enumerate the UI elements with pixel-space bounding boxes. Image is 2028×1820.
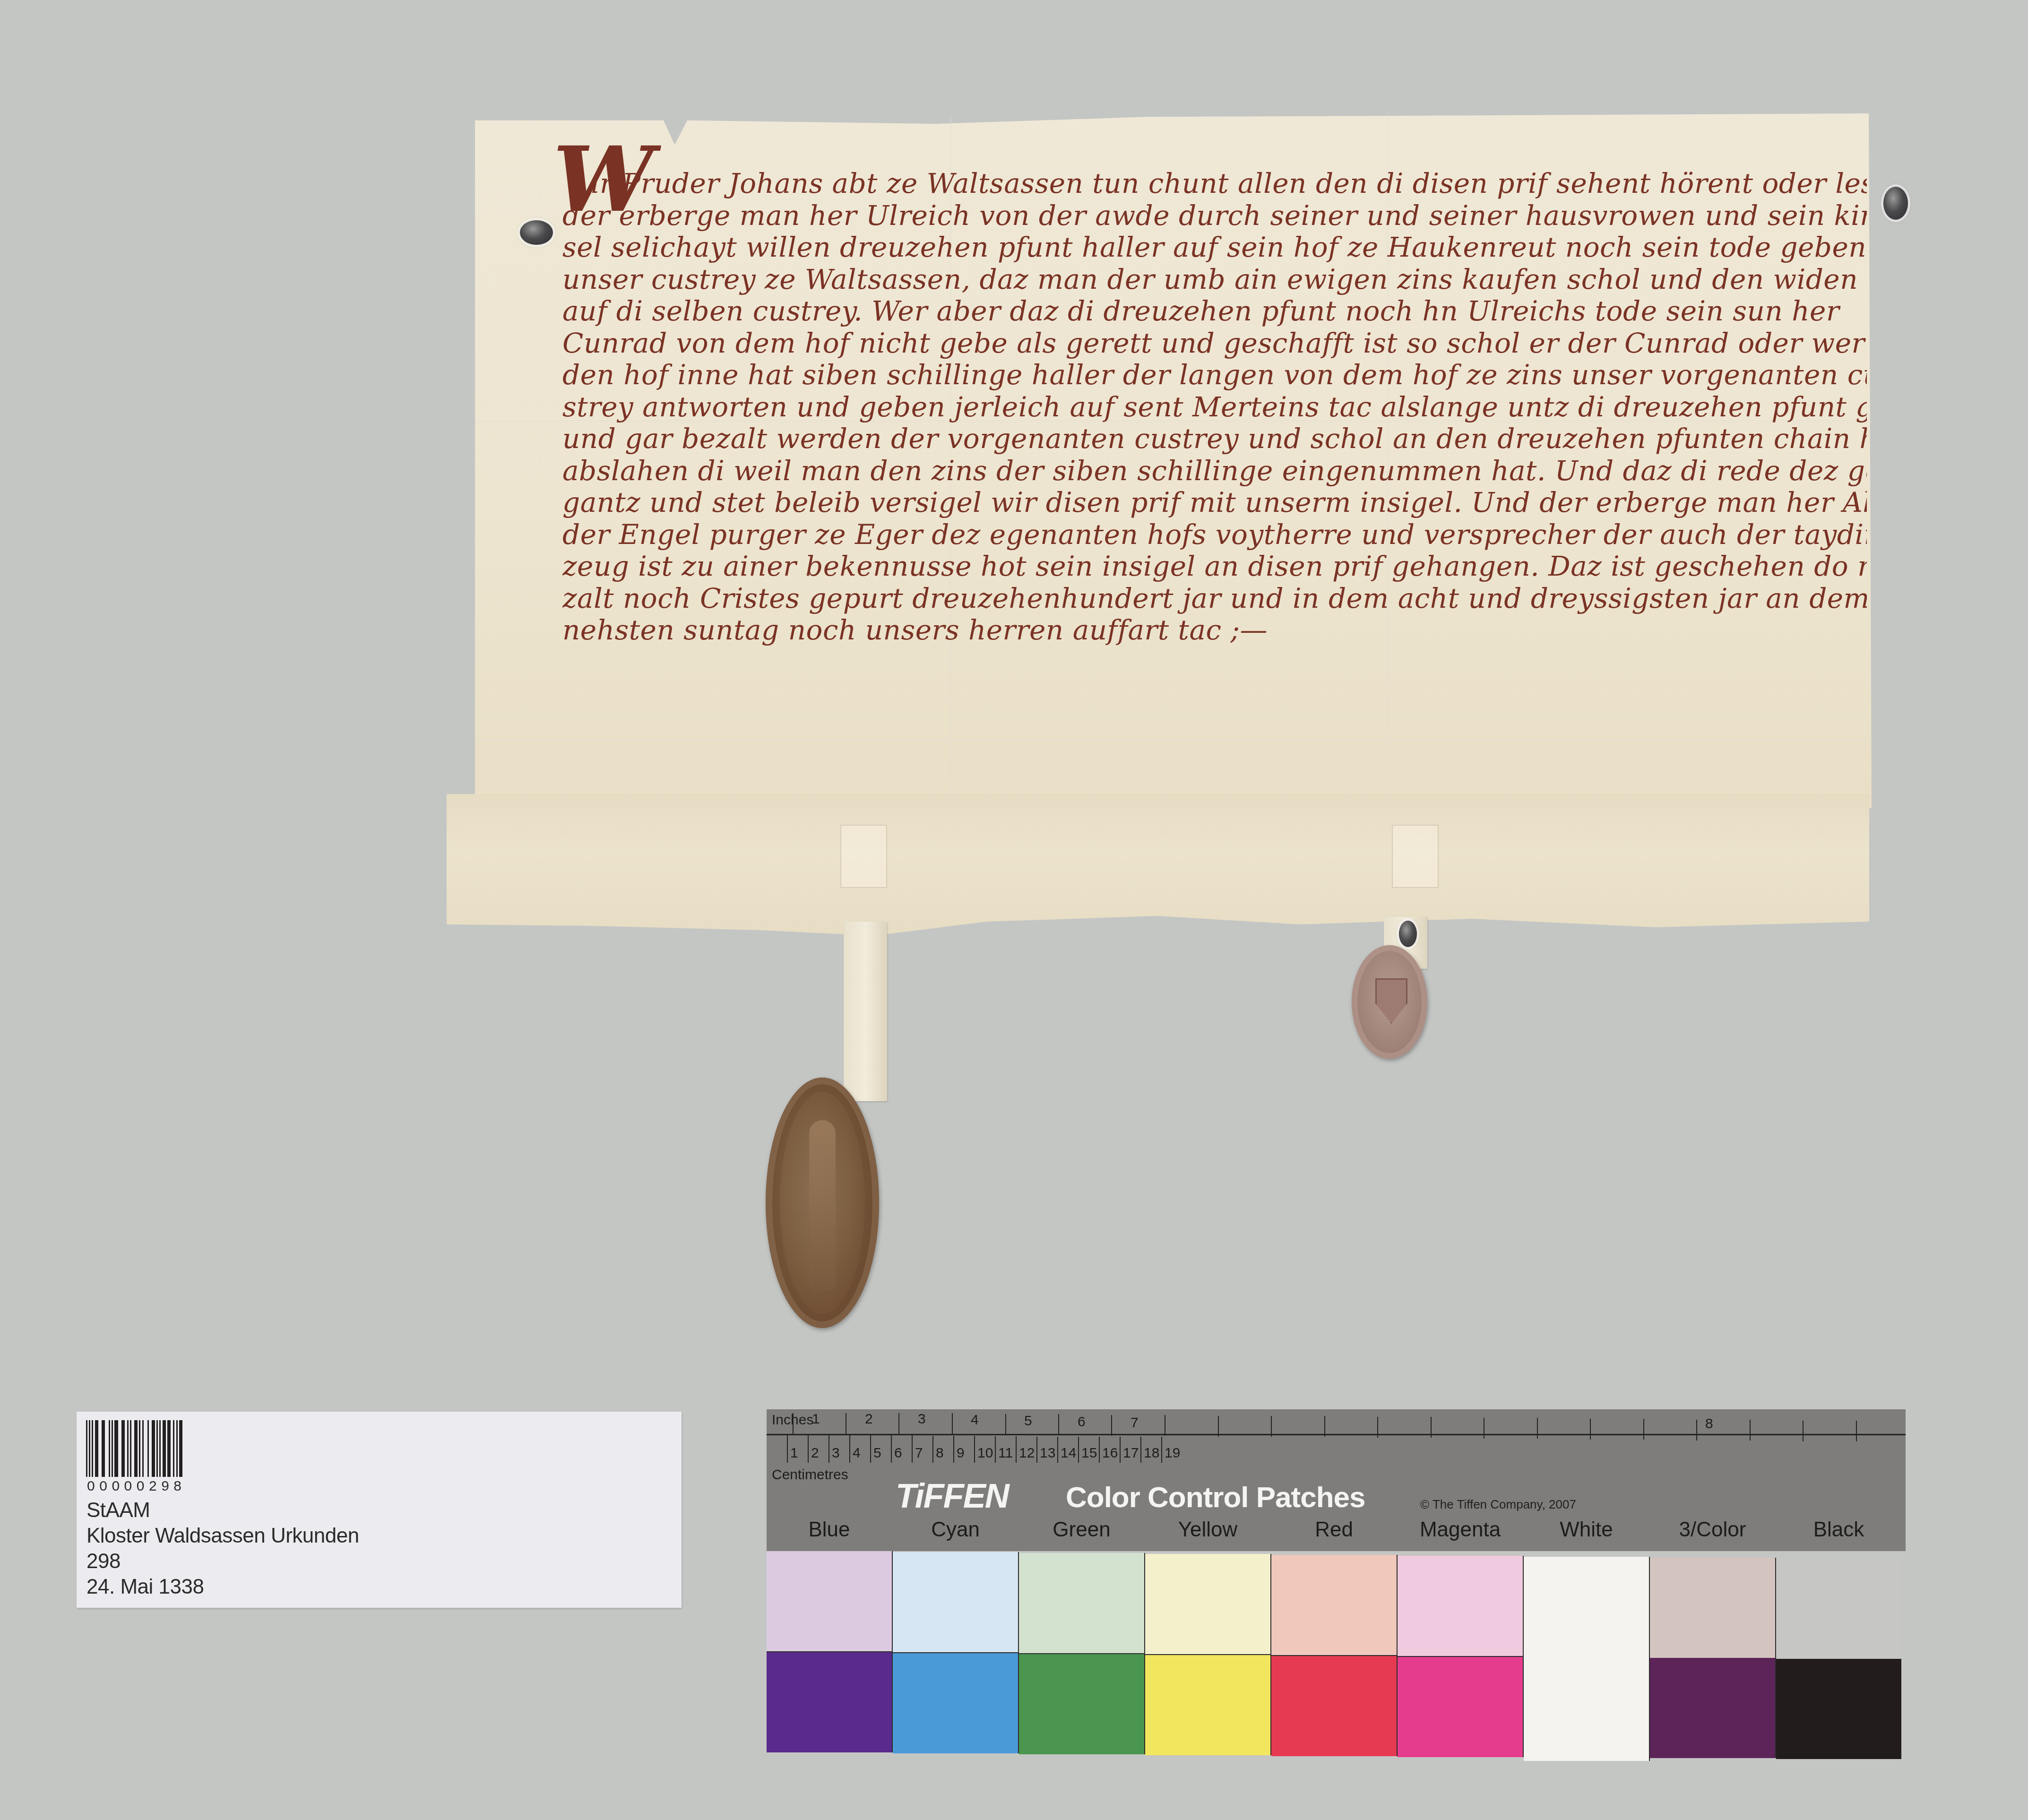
patch-yellow-dark (1145, 1654, 1271, 1755)
patch-cyan-light (893, 1552, 1019, 1652)
text-line: Cunrad von dem hof nicht gebe als gerett… (562, 328, 1867, 360)
text-line: der erberge man her Ulreich von der awde… (562, 200, 1867, 232)
charter-plica (447, 794, 1869, 936)
patch-black-dark (1776, 1659, 1901, 1759)
text-line: den hof inne hat siben schillinge haller… (562, 359, 1867, 391)
patch-cyan-dark (893, 1652, 1019, 1753)
target-copyright: © The Tiffen Company, 2007 (1420, 1497, 1576, 1512)
patch-label-cyan: Cyan (893, 1518, 1018, 1542)
patch-red-dark (1271, 1655, 1398, 1756)
horizontal-fold (475, 740, 1872, 742)
text-line: abslahen di weil man den zins der siben … (562, 455, 1867, 487)
patch-red-light (1271, 1555, 1398, 1655)
patch-green-dark (1019, 1653, 1145, 1754)
barcode-digits: 0 0 0 0 0 2 9 8 (87, 1478, 181, 1494)
cm-scale: 1 2 3 4 5 6 7 8 9 10 11 12 13 14 15 16 1… (767, 1437, 1906, 1465)
seal-shield-icon (1375, 978, 1407, 1024)
tiffen-logo: TiFFEN (896, 1477, 1009, 1516)
text-line: der Engel purger ze Eger dez egenanten h… (562, 519, 1867, 551)
barcode (86, 1420, 182, 1477)
label-archive: StAAM (86, 1499, 150, 1522)
mounting-pin-icon (1883, 187, 1908, 220)
seal-slot (1392, 825, 1439, 888)
text-line: nehsten suntag noch unsers herren auffar… (562, 614, 1867, 647)
patch-label-black: Black (1776, 1518, 1901, 1542)
patch-label-magenta: Magenta (1398, 1518, 1523, 1542)
text-line: zeug ist zu ainer bekennusse hot sein in… (562, 551, 1867, 583)
text-line: gantz und stet beleib versigel wir disen… (562, 487, 1867, 519)
text-line: unser custrey ze Waltsassen, daz man der… (562, 264, 1867, 296)
patch-magenta-dark (1398, 1656, 1524, 1757)
wax-seal-large (766, 1078, 879, 1328)
label-date: 24. Mai 1338 (86, 1576, 204, 1598)
patch-label-3color: 3/Color (1650, 1518, 1775, 1542)
patch-label-blue: Blue (767, 1518, 892, 1542)
patch-label-green: Green (1019, 1518, 1144, 1542)
target-title: Color Control Patches (1066, 1481, 1365, 1514)
label-number: 298 (86, 1550, 121, 1573)
charter-text: ir Pruder Johans abt ze Waltsassen tun c… (562, 168, 1867, 647)
seal-slot (840, 825, 887, 888)
text-line: ir Pruder Johans abt ze Waltsassen tun c… (562, 168, 1867, 200)
patch-green-light (1019, 1553, 1145, 1653)
patch-3color-light (1650, 1558, 1776, 1658)
patch-blue-light (767, 1551, 893, 1651)
text-line: sel selichayt willen dreuzehen pfunt hal… (562, 232, 1867, 264)
seal-strap (844, 922, 887, 1101)
patch-white (1524, 1557, 1650, 1761)
text-line: strey antworten und geben jerleich auf s… (562, 391, 1867, 423)
patch-3color-dark (1650, 1658, 1776, 1758)
patch-magenta-light (1398, 1556, 1524, 1656)
patch-black-light (1776, 1559, 1901, 1659)
label-collection: Kloster Waldsassen Urkunden (86, 1525, 359, 1547)
seal-figure-icon (809, 1120, 836, 1290)
patch-label-red: Red (1271, 1518, 1397, 1542)
patch-yellow-light (1145, 1554, 1271, 1654)
text-line: zalt noch Cristes gepurt dreuzehenhunder… (562, 583, 1867, 615)
mounting-pin-icon (1399, 921, 1417, 947)
patch-blue-dark (767, 1651, 893, 1752)
text-line: und gar bezalt werden der vorgenanten cu… (562, 423, 1867, 455)
wax-seal-small (1352, 945, 1427, 1059)
patch-label-yellow: Yellow (1145, 1518, 1270, 1542)
text-line: auf di selben custrey. Wer aber daz di d… (562, 295, 1867, 328)
mounting-pin-icon (520, 220, 553, 245)
patch-label-white: White (1524, 1518, 1649, 1542)
